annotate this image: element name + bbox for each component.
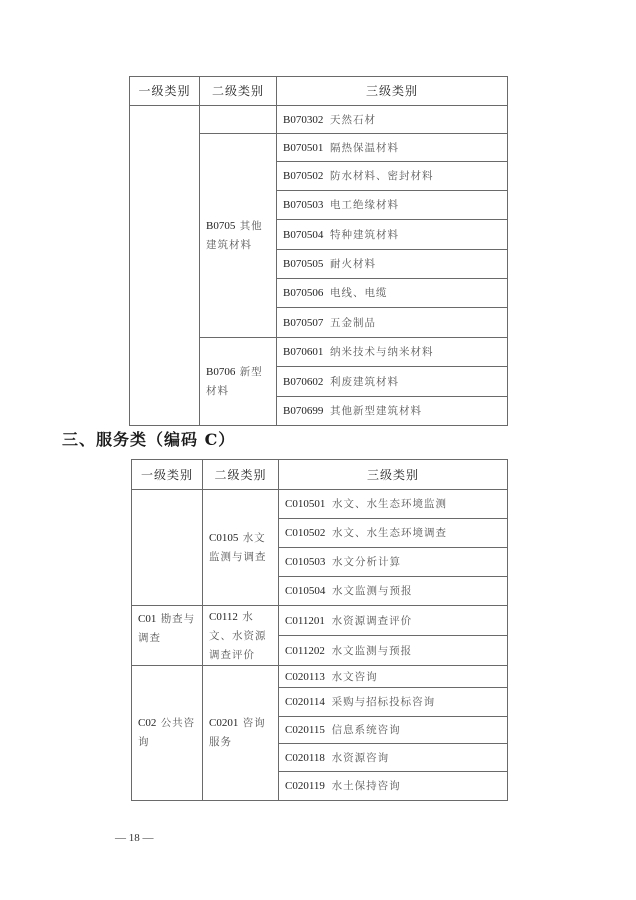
header-level1: 一级类别 <box>130 77 200 106</box>
level2-group-cell: B0705 其他建筑材料 <box>200 134 277 338</box>
services-table: 一级类别 二级类别 三级类别 C0105 水文监测与调查 C010501 水文、… <box>131 459 508 801</box>
level3-cell: C010503 水文分析计算 <box>279 548 508 577</box>
level3-cell: C020115 信息系统咨询 <box>279 717 508 744</box>
page-number: — 18 — <box>115 832 154 844</box>
header-level2: 二级类别 <box>203 460 279 490</box>
level1-cell-empty <box>132 490 203 606</box>
level2-group-cell: C0105 水文监测与调查 <box>203 490 279 606</box>
level3-cell: C020119 水土保持咨询 <box>279 772 508 801</box>
level3-cell: C011202 水文监测与预报 <box>279 636 508 666</box>
level3-cell: B070601 纳米技术与纳米材料 <box>277 338 508 367</box>
table-row: C01 勘查与调查 C0112 水文、水资源调查评价 C011201 水资源调查… <box>132 606 508 636</box>
level2-group-cell: C0112 水文、水资源调查评价 <box>203 606 279 666</box>
header-level2: 二级类别 <box>200 77 277 106</box>
table-header-row: 一级类别 二级类别 三级类别 <box>132 460 508 490</box>
building-materials-table: 一级类别 二级类别 三级类别 B070302 天然石材 B0705 其他建筑材料… <box>129 76 508 426</box>
level3-cell: C010504 水文监测与预报 <box>279 577 508 606</box>
level1-cell: C01 勘查与调查 <box>132 606 203 666</box>
level3-cell: B070501 隔热保温材料 <box>277 134 508 162</box>
level2-cell-empty <box>200 106 277 134</box>
table-row: B070302 天然石材 <box>130 106 508 134</box>
header-level1: 一级类别 <box>132 460 203 490</box>
level3-cell: C020114 采购与招标投标咨询 <box>279 688 508 717</box>
level3-cell: B070507 五金制品 <box>277 308 508 338</box>
level3-cell: B070505 耐火材料 <box>277 250 508 279</box>
level3-cell: B070503 电工绝缘材料 <box>277 191 508 220</box>
header-level3: 三级类别 <box>277 77 508 106</box>
level3-cell: B070506 电线、电缆 <box>277 279 508 308</box>
level3-cell: B070699 其他新型建筑材料 <box>277 397 508 426</box>
level3-cell: B070502 防水材料、密封材料 <box>277 162 508 191</box>
table-header-row: 一级类别 二级类别 三级类别 <box>130 77 508 106</box>
level3-cell: B070504 特种建筑材料 <box>277 220 508 250</box>
level2-group-cell: B0706 新型材料 <box>200 338 277 426</box>
section-heading: 三、服务类（编码 C） <box>62 427 235 450</box>
level3-cell: C020118 水资源咨询 <box>279 744 508 772</box>
level2-group-cell: C0201 咨询服务 <box>203 666 279 801</box>
table-row: C0105 水文监测与调查 C010501 水文、水生态环境监测 <box>132 490 508 519</box>
header-level3: 三级类别 <box>279 460 508 490</box>
level3-cell: C020113 水文咨询 <box>279 666 508 688</box>
level1-cell: C02 公共咨询 <box>132 666 203 801</box>
level3-cell: C010501 水文、水生态环境监测 <box>279 490 508 519</box>
level3-cell: B070602 利废建筑材料 <box>277 367 508 397</box>
level3-cell: C011201 水资源调查评价 <box>279 606 508 636</box>
level3-cell: C010502 水文、水生态环境调查 <box>279 519 508 548</box>
table-row: C02 公共咨询 C0201 咨询服务 C020113 水文咨询 <box>132 666 508 688</box>
level1-cell-empty <box>130 106 200 426</box>
level3-cell: B070302 天然石材 <box>277 106 508 134</box>
